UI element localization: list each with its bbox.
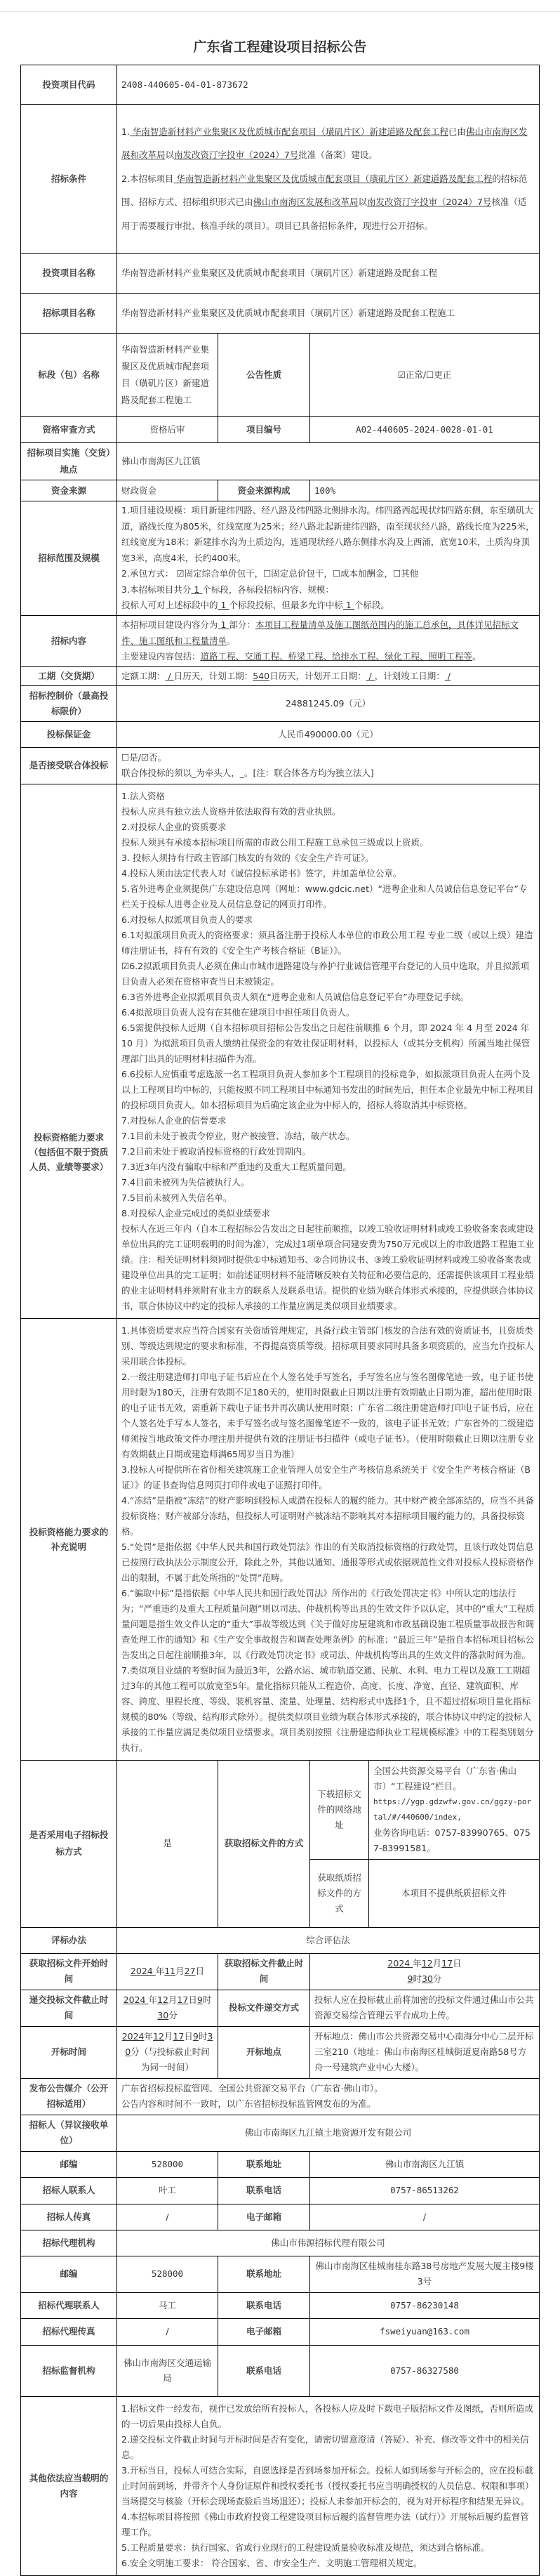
- row-other: 其他依法应当载明的内容 1.招标文件一经发布，视作已发放给所有投标人，各投标人应…: [21, 2396, 540, 2575]
- tender-name-value: 华南智造新材料产业集聚区及优质城市配套项目（璜矶片区）新建道路及配套工程施工: [117, 294, 540, 334]
- agency-contact-label: 招标代理联系人: [21, 2292, 117, 2318]
- opening-t3: 日: [184, 2031, 193, 2042]
- agency-label: 招标代理机构: [21, 2230, 117, 2256]
- row-agency-post: 邮编 528000 联系地址 佛山市南海区桂城南桂东路38号房地产发展大厦主楼9…: [21, 2256, 540, 2292]
- row-period: 工期（交货期） 定额工期： / 日历天，计划工期：540日历天，计划开工日期： …: [21, 666, 540, 685]
- opening-place-value: 开标地点：佛山市公共资源交易中心南海分中心二层开标三室210（地址：佛山市南海区…: [310, 2026, 540, 2078]
- row-control-price: 招标控制价（最高投标限价） 24881245.09（元）: [21, 685, 540, 721]
- scope-label: 招标范围及规模: [21, 501, 117, 616]
- submit-method-label: 投标文件递交方式: [218, 1990, 310, 2026]
- control-price-label: 招标控制价（最高投标限价）: [21, 685, 117, 721]
- content-p2-detail: 道路工程、交通工程、桥梁工程、给排水工程、绿化工程、照明工程等: [201, 651, 473, 662]
- req-line: 投标人在近三年内（自本工程招标公告发出之日起往前顺推，以竣工验收证明材料或竣工验…: [121, 1221, 535, 1314]
- row-supplement: 投标资格能力要求的补充说明 1.具体资质要求应当符合国家有关资质管理规定，具备行…: [21, 1318, 540, 1760]
- period-start: /: [366, 671, 375, 681]
- row-requirements: 投标资格能力要求（包括但不限于资质人员、业绩等要求） 1.法人资格 投标人应具有…: [21, 784, 540, 1318]
- media-value: 广东省招标投标监管网、全国公共资源交易平台（广东省·佛山市）。 公告内容和时间不…: [117, 2078, 540, 2115]
- scope-value: 1.项目建设规模：项目新建纬四路、经八路及纬四路北侧排水沟。纬四路西起现状纬四路…: [117, 501, 540, 616]
- tenderer-fax-label: 招标人传真: [21, 2204, 117, 2230]
- req-line: 2.对投标人企业的资质要求: [121, 820, 535, 835]
- tenderer-email-label: 电子邮箱: [218, 2204, 310, 2230]
- supplement-label: 投标资格能力要求的补充说明: [21, 1318, 117, 1760]
- section-value: 华南智造新材料产业集聚区及优质城市配套项目（璜矶片区）新建道路及配套工程施工: [117, 334, 218, 417]
- evaluation-label: 评标办法: [21, 1927, 117, 1953]
- doc-end-day: 17: [441, 1958, 453, 1969]
- conditions-label: 招标条件: [21, 105, 117, 254]
- opening-place-label: 开标地点: [218, 2026, 310, 2078]
- content-p1-prefix: 本招标项目建设内容分为: [121, 619, 218, 630]
- agency-email-link[interactable]: fsweiyuan@163.com: [310, 2318, 540, 2345]
- download-address-label: 下载招标文件的网络地址: [310, 1760, 369, 1859]
- req-line: 4.投标人须由法定代表人对《诚信投标承诺书》签字，并加盖单位公章。: [121, 866, 535, 881]
- row-consortium: 是否接受联合体投标 ☐是/☑否。 联合体投标的须以_为牵头人，_。[注：联合体各…: [21, 747, 540, 784]
- consortium-line2: 联合体投标的须以_为牵头人，_。[注：联合体各方均为独立法人]: [121, 765, 535, 781]
- agency-address-label: 联系地址: [218, 2256, 310, 2292]
- submit-method-value: 投标人应在投标截止前将加密的投标文件通过佛山市公共资源交易综合管理云平台成功上传…: [310, 1990, 540, 2026]
- other-value: 1.招标文件一经发布，视作已发放给所有投标人，各投标人应及时下载电子版招标文件及…: [117, 2396, 540, 2575]
- scope-p1: 1.项目建设规模：项目新建纬四路、经八路及纬四路北侧排水沟。纬四路西起现状纬四路…: [121, 503, 535, 566]
- row-supervisor: 招标监督机构 佛山市南海区交通运输局 联系电话 0757-86327580: [21, 2345, 540, 2396]
- scope-p3-suffix: 个标段，各标段招标内容、规模：: [202, 584, 334, 595]
- tenderer-phone-value: 0757-86513262: [310, 2177, 540, 2204]
- conditions-p1-project: 华南智造新材料产业集聚区及优质城市配套项目（璜矶片区）新建道路及配套工程: [130, 126, 448, 137]
- requirements-value: 1.法人资格 投标人应具有独立法人资格并依法取得有效的营业执照。 2.对投标人企…: [117, 784, 540, 1318]
- doc-start-day: 27: [185, 1966, 196, 1976]
- agency-email-label: 电子邮箱: [218, 2318, 310, 2345]
- submit-month: 12: [157, 1995, 168, 2005]
- conditions-p2-doc: 南发改资汀字投审（2024）7号: [367, 197, 491, 207]
- row-tenderer-contact: 招标人联系人 叶工 联系电话 0757-86513262: [21, 2177, 540, 2204]
- conditions-p1-prefix: 1.: [121, 126, 130, 137]
- conditions-p2-prefix: 2.本招标项目: [121, 173, 173, 184]
- row-tenderer-post: 邮编 528000 联系地址 佛山市南海区九江镇: [21, 2151, 540, 2177]
- evaluation-value: 综合评估法: [117, 1927, 540, 1953]
- supervisor-label: 招标监督机构: [21, 2345, 117, 2396]
- funding-structure-value: 100%: [310, 480, 540, 501]
- consortium-line1: ☐是/☑否。: [121, 750, 535, 765]
- doc-start-month: 11: [164, 1966, 175, 1976]
- other-line: 4.本招标项目将按照《佛山市政府投资工程建设项目标后履约监督管理办法（试行）》开…: [121, 2509, 535, 2540]
- tenderer-email-value: /: [310, 2204, 540, 2230]
- req-line: 6.1对拟派项目负责人的资格要求：须具备注册于投标人本单位的市政公用工程 专业二…: [121, 928, 535, 959]
- agency-contact-value: 马工: [117, 2292, 218, 2318]
- doc-end-label: 获取招标文件截止时间: [218, 1953, 310, 1990]
- media-line1: 广东省招标投标监管网、全国公共资源交易平台（广东省·佛山市）。: [121, 2081, 535, 2096]
- funding-label: 资金来源: [21, 480, 117, 501]
- scope-p4-mid: 个标段投标，但最多允许中标: [229, 600, 343, 610]
- opening-t5: 分（与投标截止时间为同一时间）: [131, 2046, 210, 2072]
- submit-min: 30: [157, 2010, 168, 2020]
- period-label: 工期（交货期）: [21, 666, 117, 685]
- tenderer-contact-label: 招标人联系人: [21, 2177, 117, 2204]
- electronic-label: 是否采用电子招标投标方式: [21, 1760, 117, 1927]
- period-quota: /: [166, 671, 174, 681]
- obtain-method-label: 获取招标文件的方式: [218, 1760, 310, 1927]
- conditions-p1-doc: 南发改资汀字投审（2024）7号: [174, 150, 298, 160]
- supp-line: 1.具体资质要求应当符合国家有关资质管理规定，具备行政主管部门核发的合法有效的资…: [121, 1323, 535, 1369]
- submit-t4: 时: [203, 1995, 212, 2005]
- content-p1-mid: 部分：: [229, 619, 255, 630]
- submit-t2: 月: [168, 1995, 178, 2005]
- project-code-label: 项目编号: [218, 417, 310, 443]
- download-phone: 业务咨询电话：0757-83990765、0757-83991581。: [373, 1825, 535, 1856]
- row-agency: 招标代理机构 佛山市伟源招标代理有限公司: [21, 2230, 540, 2256]
- row-location: 招标项目实施（交货）地点 佛山市南海区九江镇: [21, 443, 540, 480]
- tenderer-postcode-label: 邮编: [21, 2151, 117, 2177]
- period-t1: 定额工期：: [121, 671, 166, 681]
- period-end: /: [445, 671, 451, 681]
- doc-end-min: 30: [422, 1973, 433, 1984]
- agency-postcode-value: 528000: [117, 2256, 218, 2292]
- doc-end-t4: 时: [413, 1973, 422, 1984]
- content-label: 招标内容: [21, 616, 117, 667]
- row-tender-name: 招标项目名称 华南智造新材料产业集聚区及优质城市配套项目（璜矶片区）新建道路及配…: [21, 294, 540, 334]
- row-section: 标段（包）名称 华南智造新材料产业集聚区及优质城市配套项目（璜矶片区）新建道路及…: [21, 334, 540, 417]
- req-line: 7.对投标人企业的信誉要求: [121, 1113, 535, 1129]
- nature-label: 公告性质: [218, 334, 310, 417]
- row-tenderer-fax: 招标人传真 / 电子邮箱 /: [21, 2204, 540, 2230]
- content-value: 本招标项目建设内容分为 1 部分：本项目工程量清单及施工图纸范围内的施工总承包，…: [117, 616, 540, 667]
- scope-p3-count: 1: [191, 584, 202, 595]
- row-deposit: 投标保证金 人民币490000.00（元）: [21, 721, 540, 747]
- doc-start-value: 2024 年11月27日: [117, 1953, 218, 1990]
- supp-line: 2.一级注册建造师打印电子证书后应在个人签名处手写签名，手写签名应与签名图像笔迹…: [121, 1369, 535, 1462]
- download-address-value: 全国公共资源交易平台（广东省·佛山市）“工程建设”栏目。 https://ygp…: [369, 1760, 540, 1859]
- supp-line: 6.“骗取中标”是指依据《中华人民共和国行政处罚法》所作出的《行政处罚决定书》中…: [121, 1586, 535, 1663]
- location-label: 招标项目实施（交货）地点: [21, 443, 117, 480]
- announcement-table: 投资项目代码 2408-440605-04-01-873672 招标条件 1. …: [20, 65, 540, 2576]
- deposit-label: 投标保证金: [21, 721, 117, 747]
- row-opening: 开标时间 2024年12月17日9时30分（与投标截止时间为同一时间） 开标地点…: [21, 2026, 540, 2078]
- tender-name-label: 招标项目名称: [21, 294, 117, 334]
- doc-start-t2: 月: [175, 1966, 185, 1976]
- req-line: 7.1目前未处于被责令停业，财产被接管、冻结，破产状态。: [121, 1129, 535, 1144]
- opening-t4: 时: [199, 2031, 208, 2042]
- agency-fax-label: 招标代理传真: [21, 2318, 117, 2345]
- page-title: 广东省工程建设项目招标公告: [0, 37, 560, 55]
- req-line: 6.6投标人应慎重考虑选派一名工程项目负责人参加多个工程项目的投标竞争，如拟派项…: [121, 1067, 535, 1113]
- req-line: 6.5需提供投标人近期（自本招标项目招标公告发出之日起往前顺推 6 个月，即 2…: [121, 1020, 535, 1067]
- period-t3: 日历天，计划开工日期：: [269, 671, 366, 681]
- submit-day: 17: [177, 1995, 188, 2005]
- row-content: 招标内容 本招标项目建设内容分为 1 部分：本项目工程量清单及施工图纸范围内的施…: [21, 616, 540, 667]
- supp-line: 4.“冻结”是指被“冻结”的财产影响到投标人或潜在投标人的履约能力。其中财产被全…: [121, 1493, 535, 1539]
- doc-end-hour: 9: [408, 1973, 413, 1984]
- doc-start-year: 2024: [131, 1966, 156, 1976]
- other-line: 3.开标当日，投标人可结合实际，自愿选择是否到场参加开标会。投标人如到场参与开标…: [121, 2463, 535, 2509]
- req-line: 投标人须具有承接本招标项目所需的市政公用工程施工总承包三级或以上资质。: [121, 835, 535, 850]
- media-label: 发布公告媒介（公开招标适用）: [21, 2078, 117, 2115]
- project-code-value: A02-440605-2024-0028-01-01: [310, 417, 540, 443]
- doc-end-t1: 年: [413, 1958, 422, 1969]
- opening-t2: 月: [164, 2031, 173, 2042]
- doc-end-t5: 分: [433, 1973, 442, 1984]
- content-p2-prefix: 主要建设内容包括：: [121, 651, 201, 662]
- funding-structure-label: 资金来源构成: [218, 480, 310, 501]
- supp-line: 5.“处罚”是指依据《中华人民共和国行政处罚法》作出的有关取消投标资格的行政处罚…: [121, 1539, 535, 1586]
- submit-hour: 9: [197, 1995, 203, 2005]
- paper-method-label: 获取纸质招标文件的方式: [310, 1859, 369, 1927]
- tenderer-label: 招标人（异议接收单位）: [21, 2115, 117, 2151]
- period-planned: 540: [253, 671, 269, 681]
- req-line: 7.3近3年内没有骗取中标和严重违约及重大工程质量问题。: [121, 1159, 535, 1175]
- consortium-label: 是否接受联合体投标: [21, 747, 117, 784]
- doc-end-t2: 月: [433, 1958, 442, 1969]
- other-label: 其他依法应当载明的内容: [21, 2396, 117, 2575]
- opening-time-value: 2024年12月17日9时30分（与投标截止时间为同一时间）: [117, 2026, 218, 2078]
- opening-month: 12: [153, 2031, 164, 2042]
- agency-phone-value: 0757-86230148: [310, 2292, 540, 2318]
- invest-code-label: 投资项目代码: [21, 65, 117, 105]
- row-scope: 招标范围及规模 1.项目建设规模：项目新建纬四路、经八路及纬四路北侧排水沟。纬四…: [21, 501, 540, 616]
- period-t2: 日历天，计划工期：: [174, 671, 253, 681]
- req-line: 7.4目前未被列为失信被执行人。: [121, 1175, 535, 1190]
- req-line: 6.4拟派项目负责人没有在其他在建项目中担任项目负责人。: [121, 1005, 535, 1020]
- req-line: 投标人应具有独立法人资格并依法取得有效的营业执照。: [121, 804, 535, 820]
- consortium-value: ☐是/☑否。 联合体投标的须以_为牵头人，_。[注：联合体各方均为独立法人]: [117, 747, 540, 784]
- qualification-value: 资格后审: [117, 417, 218, 443]
- conditions-p2-authority: 佛山市南海区发展和改革局: [253, 197, 359, 207]
- requirements-label: 投标资格能力要求（包括但不限于资质人员、业绩等要求）: [21, 784, 117, 1318]
- nature-value: ☑正常/☐更正: [310, 334, 540, 417]
- other-line: 2.递交投标文件截止时间与开标时间是否有变化，请密切留意澄清（答疑）、补充、修改…: [121, 2432, 535, 2463]
- section-label: 标段（包）名称: [21, 334, 117, 417]
- row-agency-fax: 招标代理传真 / 电子邮箱 fsweiyuan@163.com: [21, 2318, 540, 2345]
- agency-phone-label: 联系电话: [218, 2292, 310, 2318]
- scope-p3-prefix: 3.本招标项目共分: [121, 584, 191, 595]
- req-line: 7.5目前未被列入失信名单。: [121, 1190, 535, 1206]
- row-invest-code: 投资项目代码 2408-440605-04-01-873672: [21, 65, 540, 105]
- row-funding: 资金来源 财政资金 资金来源构成 100%: [21, 480, 540, 501]
- conditions-p1-suffix: 批准（备案）建设。: [298, 150, 378, 160]
- row-submit: 递交投标文件截止时间 2024 年12月17日9时30分 投标文件递交方式 投标…: [21, 1990, 540, 2026]
- supp-line: 7.类似项目业绩的考察时间为最近3年，公路水运、城市轨道交通、民航、水利、电力工…: [121, 1663, 535, 1756]
- tenderer-phone-label: 联系电话: [218, 2177, 310, 2204]
- download-platform: 全国公共资源交易平台（广东省·佛山市）“工程建设”栏目。: [373, 1763, 535, 1794]
- row-evaluation: 评标办法 综合评估法: [21, 1927, 540, 1953]
- submit-deadline-label: 递交投标文件截止时间: [21, 1990, 117, 2026]
- other-line: 5.工程质量要求：执行国家、省或行业现行的工程建设质量验收标准及规范，须达到合格…: [121, 2540, 535, 2556]
- doc-end-t3: 日: [453, 1958, 462, 1969]
- other-line: 1.招标文件一经发布，视作已发放给所有投标人，各投标人应及时下载电子版招标文件及…: [121, 2401, 535, 2432]
- other-line: 6.安全文明施工要求： 符合国家、省、市安全生产、文明施工管理相关规定。: [121, 2556, 535, 2571]
- opening-time-label: 开标时间: [21, 2026, 117, 2078]
- row-invest-name: 投资项目名称 华南智造新材料产业集聚区及优质城市配套项目（璜矶片区）新建道路及配…: [21, 254, 540, 294]
- agency-address-value: 佛山市南海区桂城南桂东路38号房地产发展大厦主楼9楼3号: [310, 2256, 540, 2292]
- location-value: 佛山市南海区九江镇: [117, 443, 540, 480]
- row-agency-contact: 招标代理联系人 马工 联系电话 0757-86230148: [21, 2292, 540, 2318]
- conditions-p1-mid: 已由: [448, 126, 466, 137]
- opening-year: 2024: [122, 2031, 145, 2042]
- opening-hour: 9: [193, 2031, 199, 2042]
- period-value: 定额工期： / 日历天，计划工期：540日历天，计划开工日期： / ，计划竣工日…: [117, 666, 540, 685]
- tenderer-contact-value: 叶工: [117, 2177, 218, 2204]
- row-doc-time: 获取招标文件开始时间 2024 年11月27日 获取招标文件截止时间 2024 …: [21, 1953, 540, 1990]
- tenderer-value: 佛山市南海区九江镇土地资源开发有限公司: [117, 2115, 540, 2151]
- req-line: 7.2目前未处于被取消投标资格的行政处罚期内。: [121, 1144, 535, 1159]
- row-conditions: 招标条件 1. 华南智造新材料产业集聚区及优质城市配套项目（璜矶片区）新建道路及…: [21, 105, 540, 254]
- tenderer-postcode-value: 528000: [117, 2151, 218, 2177]
- top-divider: [0, 11, 560, 12]
- agency-value: 佛山市伟源招标代理有限公司: [117, 2230, 540, 2256]
- req-line: 8.对投标人企业完成过的类似业绩要求: [121, 1206, 535, 1221]
- conditions-p2-project: 华南智造新材料产业集聚区及优质城市配套项目（璜矶片区）新建道路及配套工程: [173, 173, 492, 184]
- conditions-value: 1. 华南智造新材料产业集聚区及优质城市配套项目（璜矶片区）新建道路及配套工程已…: [117, 105, 540, 254]
- opening-t1: 年: [145, 2031, 154, 2042]
- supervisor-phone-label: 联系电话: [218, 2345, 310, 2396]
- paper-method-value: 本项目不提供纸质招标文件: [369, 1859, 540, 1927]
- doc-start-label: 获取招标文件开始时间: [21, 1953, 117, 1990]
- media-line2: 公告内容和时间不一致时，以广东省招标投标监管网发布的为准。: [121, 2096, 535, 2112]
- supplement-value: 1.具体资质要求应当符合国家有关资质管理规定，具备行政主管部门核发的合法有效的资…: [117, 1318, 540, 1760]
- conditions-p1-mid2: 以: [166, 150, 175, 160]
- row-tenderer: 招标人（异议接收单位） 佛山市南海区九江镇土地资源开发有限公司: [21, 2115, 540, 2151]
- content-p1-suffix: 。: [227, 636, 236, 646]
- invest-name-value: 华南智造新材料产业集聚区及优质城市配套项目（璜矶片区）新建道路及配套工程: [117, 254, 540, 294]
- submit-t5: 分: [168, 2010, 178, 2020]
- scope-p4: 投标人可对上述标段中的 1 个标段投标，但最多允许中标 1 个标段。: [121, 598, 535, 614]
- scope-p4-count2: 1: [343, 600, 354, 610]
- req-line: ☑6.2拟派项目负责人必须在佛山市城市道路建设与养护行业诚信管理平台登记的人员中…: [121, 959, 535, 990]
- doc-end-month: 12: [422, 1958, 433, 1969]
- electronic-value: 是: [117, 1760, 218, 1927]
- submit-t3: 日: [188, 1995, 197, 2005]
- agency-postcode-label: 邮编: [21, 2256, 117, 2292]
- doc-start-t1: 年: [156, 1966, 165, 1976]
- period-t4: ，计划竣工日期：: [375, 671, 445, 681]
- invest-code-value: 2408-440605-04-01-873672: [117, 65, 540, 105]
- doc-end-year: 2024: [387, 1958, 413, 1969]
- req-line: 5.省外进粤企业须提供广东建设信息网（网址：www.gdcic.net）“进粤企…: [121, 881, 535, 912]
- tenderer-address-label: 联系地址: [218, 2151, 310, 2177]
- submit-deadline-value: 2024 年12月17日9时30分: [117, 1990, 218, 2026]
- opening-day: 17: [173, 2031, 184, 2042]
- deposit-value: 人民币490000.00（元）: [117, 721, 540, 747]
- req-line: 3. 投标人须持有行政主管部门核发的有效的《安全生产许可证》。: [121, 850, 535, 866]
- scope-p4-suffix: 个标段。: [354, 600, 389, 610]
- row-media: 发布公告媒介（公开招标适用） 广东省招标投标监管网、全国公共资源交易平台（广东省…: [21, 2078, 540, 2115]
- qualification-label: 资格审查方式: [21, 417, 117, 443]
- content-p1-count: 1: [218, 619, 229, 630]
- scope-p4-count: 1: [218, 600, 229, 610]
- supervisor-value: 佛山市南海区交通运输局: [117, 2345, 218, 2396]
- row-qualification: 资格审查方式 资格后审 项目编号 A02-440605-2024-0028-01…: [21, 417, 540, 443]
- supp-line: 3.投标人可提供所在省份相关建筑施工企业管理人员安全生产考核信息系统关于《安全生…: [121, 1462, 535, 1493]
- content-p2-suffix: 。: [472, 651, 481, 662]
- row-electronic-1: 是否采用电子招标投标方式 是 获取招标文件的方式 下载招标文件的网络地址 全国公…: [21, 1760, 540, 1859]
- req-line: 6.3省外进粤企业拟派项目负责人须在“进粤企业和人员诚信信息登记平台”办理登记手…: [121, 990, 535, 1005]
- doc-end-value: 2024 年12月17日 9时30分: [310, 1953, 540, 1990]
- submit-t1: 年: [148, 1995, 157, 2005]
- doc-start-t3: 日: [196, 1966, 205, 1976]
- tenderer-address-value: 佛山市南海区九江镇: [310, 2151, 540, 2177]
- agency-fax-value: /: [117, 2318, 218, 2345]
- invest-name-label: 投资项目名称: [21, 254, 117, 294]
- scope-p3: 3.本招标项目共分 1 个标段，各标段招标内容、规模：: [121, 582, 535, 598]
- req-line: 1.法人资格: [121, 789, 535, 804]
- req-line: 6.对投标人拟派项目负责人的要求: [121, 912, 535, 928]
- supervisor-phone-value: 0757-86327580: [310, 2345, 540, 2396]
- funding-value: 财政资金: [117, 480, 218, 501]
- download-url-link[interactable]: https://ygp.gdzwfw.gov.cn/ggzy-portal/#/…: [373, 1794, 535, 1825]
- scope-p4-prefix: 投标人可对上述标段中的: [121, 600, 218, 610]
- conditions-p2-mid2: 以: [359, 197, 368, 207]
- tenderer-fax-value: /: [117, 2204, 218, 2230]
- scope-p2: 2.承包方式： ☑固定综合单价包干，☐固定总价包干，☐成本加酬金，☐其他: [121, 566, 535, 582]
- control-price-value: 24881245.09（元）: [117, 685, 540, 721]
- submit-year: 2024: [124, 1995, 149, 2005]
